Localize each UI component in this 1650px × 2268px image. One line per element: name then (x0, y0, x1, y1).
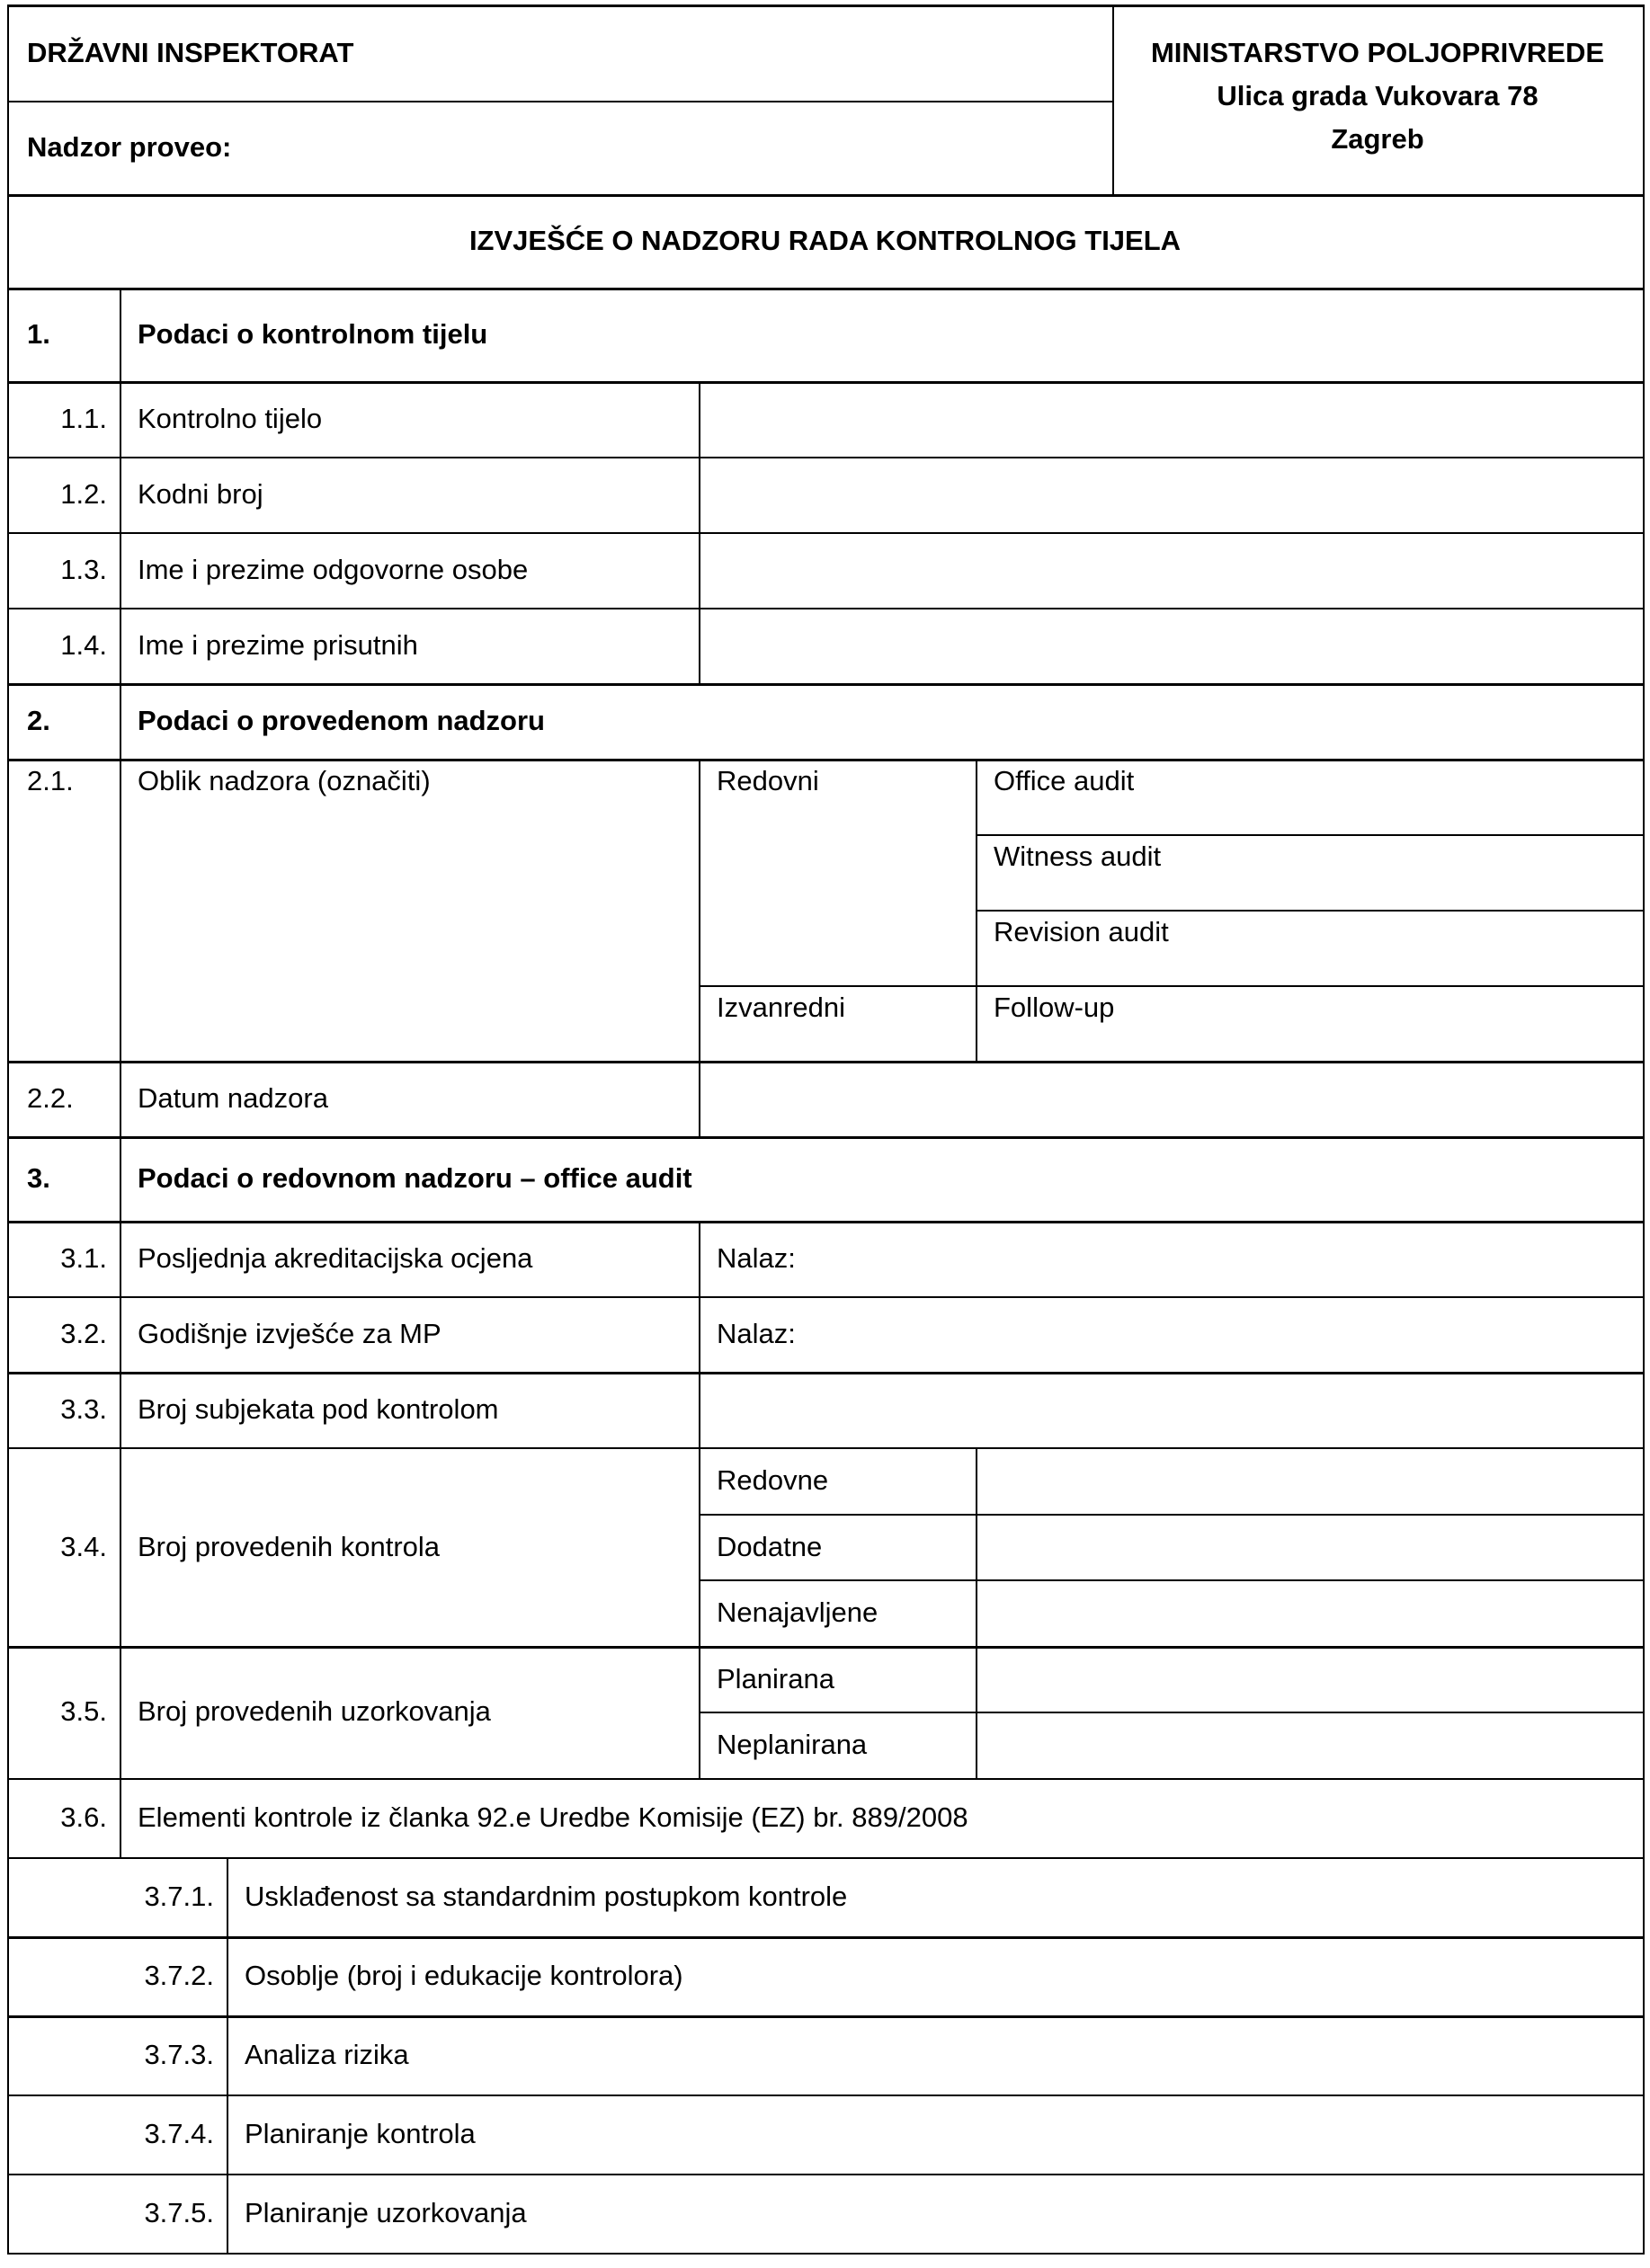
row-value-field-4[interactable] (699, 608, 1643, 683)
datum-nadzora-number-text: 2.2. (27, 1081, 74, 1115)
sub-item-number: 3.7.5. (7, 2174, 214, 2253)
audit-option-follow-up[interactable]: Follow-up (994, 991, 1634, 1055)
section-2-number: 2. (27, 683, 120, 759)
nalaz-field-text: Nalaz: (717, 1317, 796, 1350)
table-border (120, 759, 121, 1061)
row-value-field-2[interactable] (699, 457, 1643, 532)
sub-item-label-text: Osoblje (broj i edukacije kontrolora) (245, 1959, 683, 1992)
row-number: 3.1. (7, 1221, 107, 1296)
row-1-1-number-text: 1.1. (60, 402, 107, 435)
audit-option-office-audit[interactable]: Office audit (994, 764, 1634, 829)
broj-kontrola-item-dodatne: Dodatne (717, 1514, 967, 1580)
nalaz-field[interactable]: Nalaz: (717, 1221, 1634, 1296)
header-inspector-label-text: Nadzor proveo: (27, 130, 231, 164)
ministry-name: MINISTARSTVO POLJOPRIVREDE (1112, 31, 1643, 75)
row-number-text: 3.3. (60, 1392, 107, 1426)
table-border (120, 608, 121, 683)
audit-group-redovni: Redovni (717, 764, 967, 809)
audit-option-follow-up-text: Follow-up (994, 991, 1114, 1024)
row-label-text: Kodni broj (138, 477, 263, 511)
header-institution: DRŽAVNI INSPEKTORAT (27, 4, 1088, 101)
section-3-title-text: Podaci o redovnom nadzoru – office audit (138, 1161, 692, 1195)
row-1-3-number-text: 1.3. (60, 553, 107, 586)
table-border (120, 1296, 121, 1372)
table-border (120, 1061, 121, 1136)
broj-kontrola-item-redovne: Redovne (717, 1447, 967, 1514)
broj-uzorkovanja-label-text: Broj provedenih uzorkovanja (138, 1694, 491, 1728)
table-border (976, 834, 1643, 836)
table-border (227, 2015, 228, 2095)
sub-item-number-text: 3.7.5. (144, 2196, 214, 2229)
section-3-title: Podaci o redovnom nadzoru – office audit (138, 1136, 1634, 1221)
oblik-nadzora-label-text: Oblik nadzora (označiti) (138, 764, 431, 797)
report-title: IZVJEŠĆE O NADZORU RADA KONTROLNOG TIJEL… (7, 194, 1643, 288)
broj-uzorkovanja-number: 3.5. (7, 1646, 107, 1778)
section-3-number-text: 3. (27, 1161, 50, 1195)
table-border (1643, 4, 1645, 2255)
row-1-2-number: 1.2. (7, 457, 107, 532)
section-3-number: 3. (27, 1136, 120, 1221)
row-label: Godišnje izvješće za MP (138, 1296, 690, 1372)
sub-item-label-text: Analiza rizika (245, 2038, 409, 2071)
audit-option-revision-audit-text: Revision audit (994, 915, 1169, 948)
inspector-name-field[interactable] (288, 110, 1079, 185)
oblik-nadzora-number: 2.1. (27, 764, 120, 809)
elementi-number: 3.6. (7, 1778, 107, 1857)
broj-kontrola-label: Broj provedenih kontrola (138, 1447, 690, 1646)
sub-item-number: 3.7.1. (7, 1857, 214, 1936)
row-label-text: Posljednja akreditacijska ocjena (138, 1241, 532, 1275)
table-border (7, 759, 1643, 761)
broj-kontrola-value-nenajavljene[interactable] (976, 1579, 1643, 1646)
sub-item-number-text: 3.7.1. (144, 1880, 214, 1913)
ministry-street: Ulica grada Vukovara 78 (1112, 75, 1643, 118)
broj-kontrola-item-nenajavljene: Nenajavljene (717, 1579, 967, 1646)
section-2-title: Podaci o provedenom nadzoru (138, 683, 1634, 759)
table-border (699, 1447, 700, 1646)
row-1-1-number: 1.1. (7, 381, 107, 457)
elementi-number-text: 3.6. (60, 1801, 107, 1834)
table-border (120, 1778, 121, 1857)
section-2-title-text: Podaci o provedenom nadzoru (138, 704, 545, 737)
sub-item-label[interactable]: Usklađenost sa standardnim postupkom kon… (245, 1857, 1634, 1936)
section-1-number-text: 1. (27, 317, 50, 351)
table-border (120, 683, 121, 759)
row-label-text: Ime i prezime odgovorne osobe (138, 553, 528, 586)
broj-kontrola-item-nenajavljene-text: Nenajavljene (717, 1596, 878, 1629)
datum-nadzora-number: 2.2. (27, 1061, 120, 1136)
sub-item-number: 3.7.4. (7, 2095, 214, 2174)
sub-item-label[interactable]: Osoblje (broj i edukacije kontrolora) (245, 1936, 1634, 2015)
table-border (120, 1221, 121, 1296)
sub-item-label[interactable]: Planiranje kontrola (245, 2095, 1634, 2174)
nalaz-field[interactable]: Nalaz: (717, 1296, 1634, 1372)
datum-nadzora-field[interactable] (699, 1061, 1643, 1136)
sub-item-number-text: 3.7.2. (144, 1959, 214, 1992)
row-1-3-number: 1.3. (7, 532, 107, 608)
oblik-nadzora-number-text: 2.1. (27, 764, 74, 797)
row-label: Broj subjekata pod kontrolom (138, 1372, 690, 1447)
row-1-4-number-text: 1.4. (60, 628, 107, 662)
broj-uzorkovanja-item-neplanirana-text: Neplanirana (717, 1728, 867, 1761)
broj-uzorkovanja-item-planirana-text: Planirana (717, 1662, 834, 1695)
broj-kontrola-label-text: Broj provedenih kontrola (138, 1530, 440, 1563)
nalaz-field-text: Nalaz: (717, 1241, 796, 1275)
broj-kontrola-number: 3.4. (7, 1447, 107, 1646)
row-label: Ime i prezime prisutnih (138, 608, 690, 683)
row-label-text: Ime i prezime prisutnih (138, 628, 418, 662)
section-1-number: 1. (27, 288, 120, 381)
row-value-field-3[interactable] (699, 532, 1643, 608)
sub-item-label-text: Planiranje kontrola (245, 2117, 476, 2150)
broj-uzorkovanja-value-neplanirana[interactable] (976, 1712, 1643, 1778)
row-number: 3.2. (7, 1296, 107, 1372)
broj-kontrola-value-dodatne[interactable] (976, 1514, 1643, 1580)
row-1-4-number: 1.4. (7, 608, 107, 683)
sub-item-number: 3.7.2. (7, 1936, 214, 2015)
row-label: Ime i prezime odgovorne osobe (138, 532, 690, 608)
datum-nadzora-label: Datum nadzora (138, 1061, 690, 1136)
audit-option-revision-audit[interactable]: Revision audit (994, 915, 1634, 980)
table-border (120, 381, 121, 457)
table-border (699, 759, 700, 1061)
broj-uzorkovanja-item-planirana: Planirana (717, 1646, 967, 1712)
table-border (699, 1296, 700, 1372)
ministry-city: Zagreb (1112, 118, 1643, 161)
row-value-field-1[interactable] (699, 381, 1643, 457)
row-number-text: 3.2. (60, 1317, 107, 1350)
table-border (976, 910, 1643, 912)
table-border (227, 2095, 228, 2174)
table-border (120, 288, 121, 381)
oblik-nadzora-label: Oblik nadzora (označiti) (138, 764, 690, 809)
table-border (120, 457, 121, 532)
table-border (699, 985, 1643, 987)
sub-item-label-text: Usklađenost sa standardnim postupkom kon… (245, 1880, 847, 1913)
row-label-text: Kontrolno tijelo (138, 402, 322, 435)
row-1-2-number-text: 1.2. (60, 477, 107, 511)
elementi-label: Elementi kontrole iz članka 92.e Uredbe … (138, 1778, 1634, 1857)
header-institution-text: DRŽAVNI INSPEKTORAT (27, 36, 353, 69)
table-border (120, 532, 121, 608)
table-border (7, 2253, 1643, 2255)
sub-item-number: 3.7.3. (7, 2015, 214, 2095)
elementi-label-text: Elementi kontrole iz članka 92.e Uredbe … (138, 1801, 968, 1834)
sub-item-label[interactable]: Planiranje uzorkovanja (245, 2174, 1634, 2253)
sub-item-label[interactable]: Analiza rizika (245, 2015, 1634, 2095)
row-label: Posljednja akreditacijska ocjena (138, 1221, 690, 1296)
broj-kontrola-number-text: 3.4. (60, 1530, 107, 1563)
table-border (7, 4, 9, 2255)
row-value-field-3-3[interactable] (699, 1372, 1643, 1447)
sub-item-number-text: 3.7.3. (144, 2038, 214, 2071)
table-border (227, 1857, 228, 1936)
audit-option-witness-audit[interactable]: Witness audit (994, 840, 1634, 904)
row-number-text: 3.1. (60, 1241, 107, 1275)
audit-option-office-audit-text: Office audit (994, 764, 1134, 797)
audit-option-witness-audit-text: Witness audit (994, 840, 1161, 873)
audit-group-izvanredni-text: Izvanredni (717, 991, 845, 1024)
row-number: 3.3. (7, 1372, 107, 1447)
broj-kontrola-item-dodatne-text: Dodatne (717, 1530, 822, 1563)
broj-kontrola-item-redovne-text: Redovne (717, 1463, 828, 1497)
row-label-text: Godišnje izvješće za MP (138, 1317, 441, 1350)
row-label-text: Broj subjekata pod kontrolom (138, 1392, 499, 1426)
report-title-text: IZVJEŠĆE O NADZORU RADA KONTROLNOG TIJEL… (469, 224, 1181, 257)
sub-item-label-text: Planiranje uzorkovanja (245, 2196, 527, 2229)
broj-uzorkovanja-number-text: 3.5. (60, 1694, 107, 1728)
table-border (699, 1221, 700, 1296)
table-border (120, 1447, 121, 1646)
broj-kontrola-value-redovne[interactable] (976, 1447, 1643, 1514)
section-1-title-text: Podaci o kontrolnom tijelu (138, 317, 487, 351)
sub-item-number-text: 3.7.4. (144, 2117, 214, 2150)
table-border (227, 1936, 228, 2015)
table-border (120, 1136, 121, 1221)
table-border (227, 2174, 228, 2253)
row-label: Kodni broj (138, 457, 690, 532)
row-label: Kontrolno tijelo (138, 381, 690, 457)
broj-uzorkovanja-label: Broj provedenih uzorkovanja (138, 1646, 690, 1778)
broj-uzorkovanja-item-neplanirana: Neplanirana (717, 1712, 967, 1778)
audit-group-izvanredni: Izvanredni (717, 991, 967, 1036)
section-1-title: Podaci o kontrolnom tijelu (138, 288, 1634, 381)
table-border (120, 1646, 121, 1778)
table-border (120, 1372, 121, 1447)
datum-nadzora-label-text: Datum nadzora (138, 1081, 328, 1115)
broj-uzorkovanja-value-planirana[interactable] (976, 1646, 1643, 1712)
audit-group-redovni-text: Redovni (717, 764, 819, 797)
section-2-number-text: 2. (27, 704, 50, 737)
ministry-address-block: MINISTARSTVO POLJOPRIVREDEUlica grada Vu… (1112, 31, 1643, 166)
